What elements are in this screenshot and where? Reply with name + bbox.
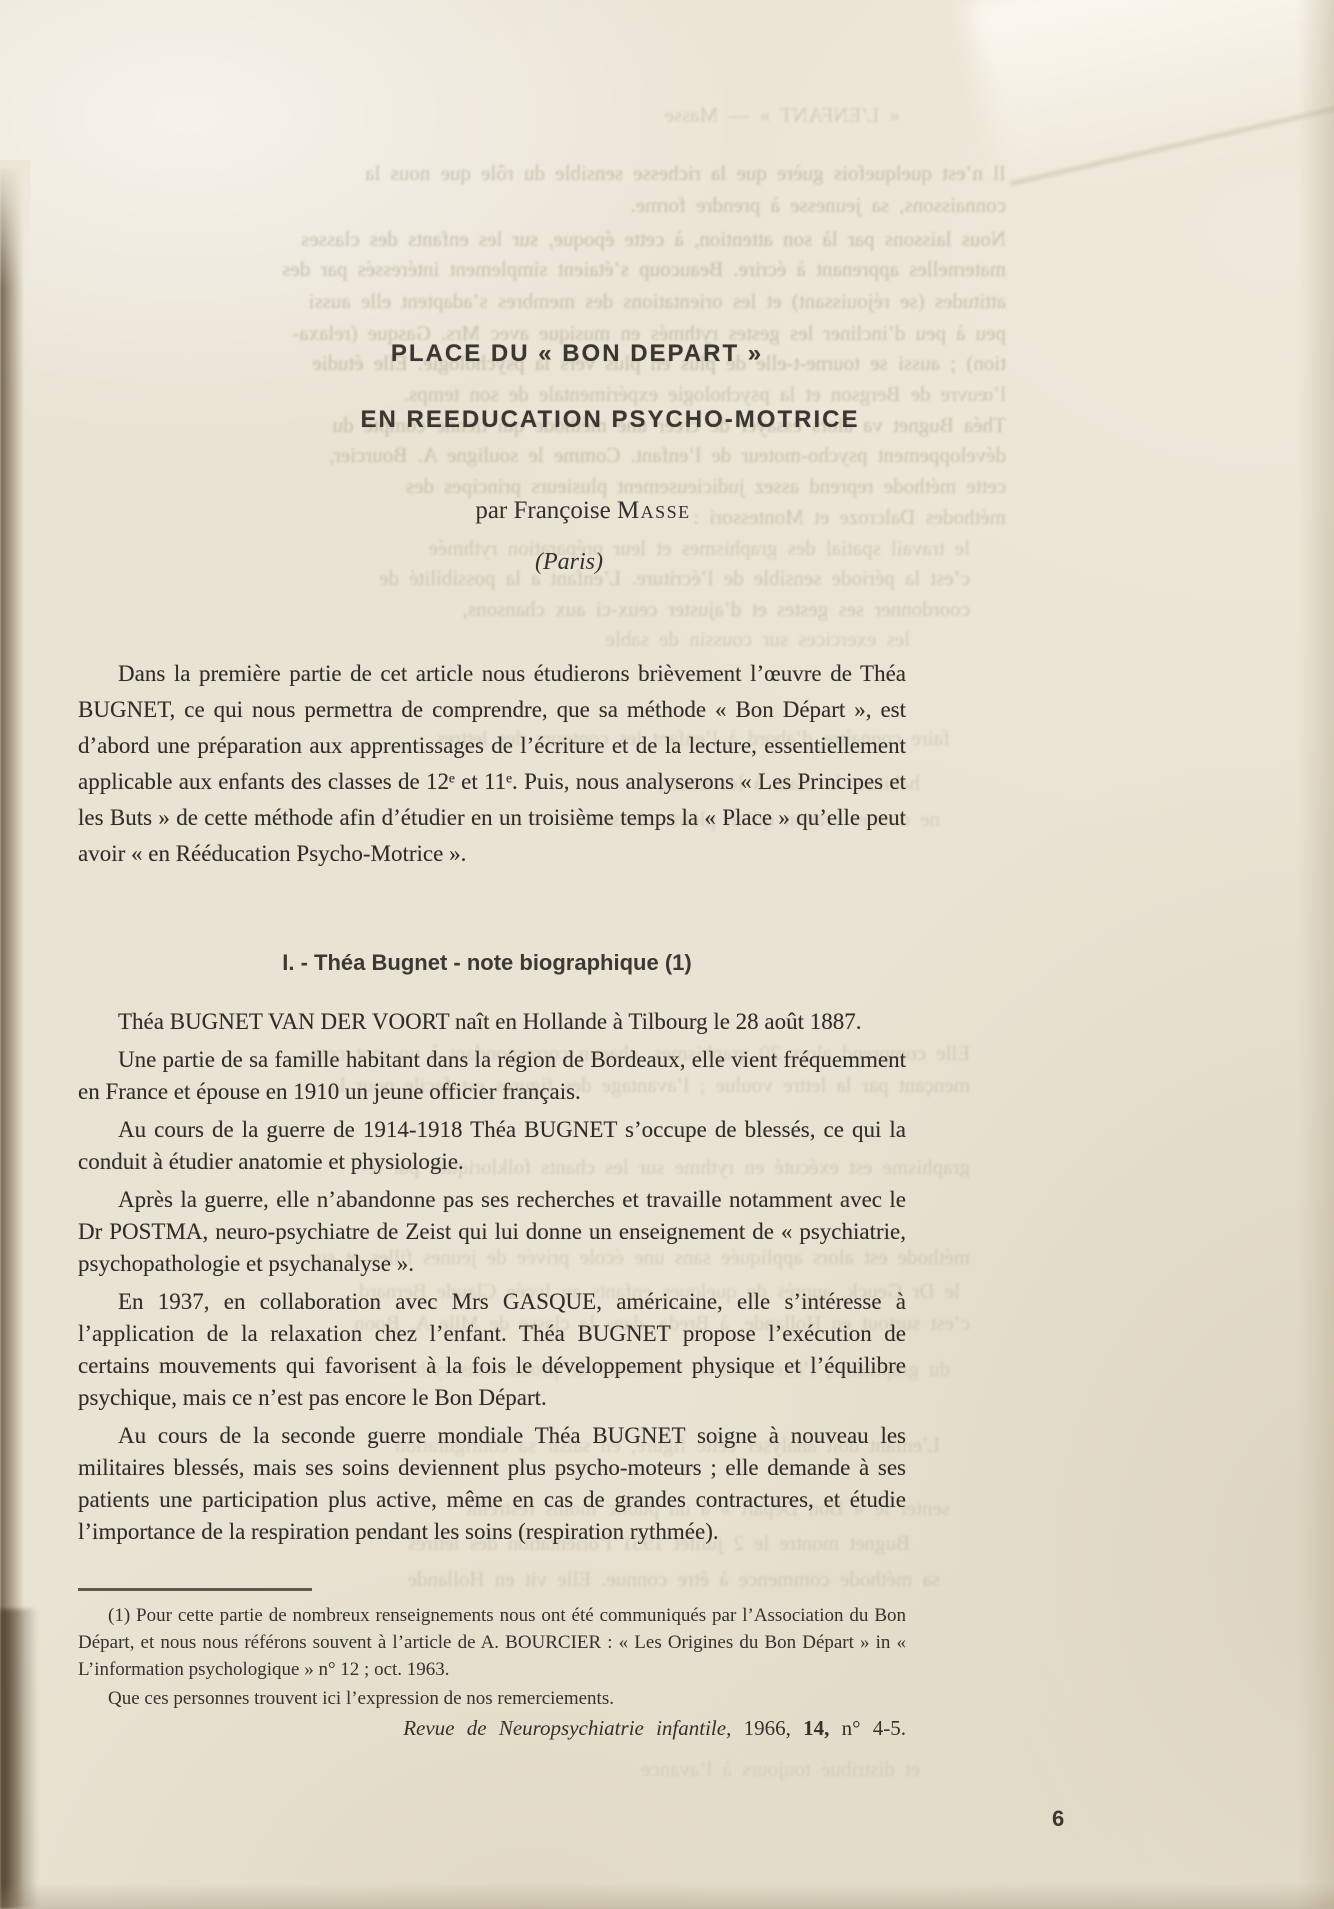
right-edge-shade (1298, 0, 1334, 1909)
journal-year: 1966, (744, 1716, 791, 1740)
bleedthrough-line: « L’ENFANT » — Masse (430, 104, 900, 127)
bleedthrough-line: Nous laissons par là son attention, à ce… (66, 228, 1006, 251)
author-location: (Paris) (154, 549, 984, 576)
section-heading: I. - Théa Bugnet - note biographique (1) (72, 950, 902, 976)
paragraph: Au cours de la guerre de 1914-1918 Théa … (78, 1114, 906, 1178)
bleedthrough-line: maternelles apprenant à écrire. Beaucoup… (66, 258, 1006, 281)
journal-volume: 14, (803, 1716, 829, 1740)
paragraph: Au cours de la seconde guerre mondiale T… (78, 1420, 906, 1548)
bleedthrough-line: coordonner ses gestes et d’ajuster ceux-… (110, 598, 970, 621)
footnote-paragraph: (1) Pour cette partie de nombreux rensei… (78, 1602, 906, 1683)
byline: par Françoise Masse (168, 497, 998, 525)
bottom-edge-shade (0, 1883, 1334, 1909)
footnote-separator (78, 1588, 312, 1591)
author-name: Masse (617, 497, 691, 524)
bleedthrough-line: et distribué toujours à l’avance (300, 1758, 920, 1781)
footnote: (1) Pour cette partie de nombreux rensei… (78, 1602, 906, 1712)
journal-citation: Revue de Neuropsychiatrie infantile, 196… (78, 1716, 906, 1740)
paragraph: Une partie de sa famille habitant dans l… (78, 1044, 906, 1108)
byline-prefix: par Françoise (475, 497, 617, 524)
journal-issue: n° 4-5. (842, 1716, 906, 1740)
bottom-left-corner-shadow (0, 1609, 42, 1909)
journal-name: Revue de Neuropsychiatrie infantile, (403, 1716, 731, 1740)
bleedthrough-line: l’œuvre de Bergson et la psychologie exp… (66, 383, 1006, 406)
article-title-line1: PLACE DU « BON DEPART » (247, 340, 907, 368)
page-number: 6 (1052, 1806, 1064, 1832)
paragraph: Après la guerre, elle n’abandonne pas se… (78, 1184, 906, 1280)
bleedthrough-line: développement psycho-moteur de l’enfant.… (66, 444, 1006, 467)
section-heading-bold: I. - Théa Bugnet (282, 950, 447, 975)
article-title-line2: EN REEDUCATION PSYCHO-MOTRICE (280, 406, 940, 434)
bleedthrough-line: attitudes (se réjouissant) et les orient… (66, 290, 1006, 313)
paragraph: En 1937, en collaboration avec Mrs GASQU… (78, 1286, 906, 1414)
intro-paragraph: Dans la première partie de cet article n… (78, 656, 906, 872)
paragraph: Théa BUGNET VAN DER VOORT naît en Hollan… (78, 1006, 906, 1038)
bleedthrough-line: Il n’est quelquefois guère que la riches… (66, 162, 1006, 185)
footnote-paragraph: Que ces personnes trouvent ici l’express… (78, 1685, 906, 1712)
section-heading-rest: - note biographique (1) (447, 950, 691, 975)
binding-edge-fade (0, 160, 30, 290)
body-text: Théa BUGNET VAN DER VOORT naît en Hollan… (78, 1006, 906, 1554)
scanned-journal-page: « L’ENFANT » — MasseIl n’est quelquefois… (0, 0, 1334, 1909)
bleedthrough-line: connaissons, sa jeunesse à prendre forme… (66, 194, 1006, 217)
bleedthrough-line: cette méthode reprend assez judicieuseme… (66, 475, 1006, 498)
bleedthrough-line: les exercices sur coussin de sable (170, 628, 910, 651)
